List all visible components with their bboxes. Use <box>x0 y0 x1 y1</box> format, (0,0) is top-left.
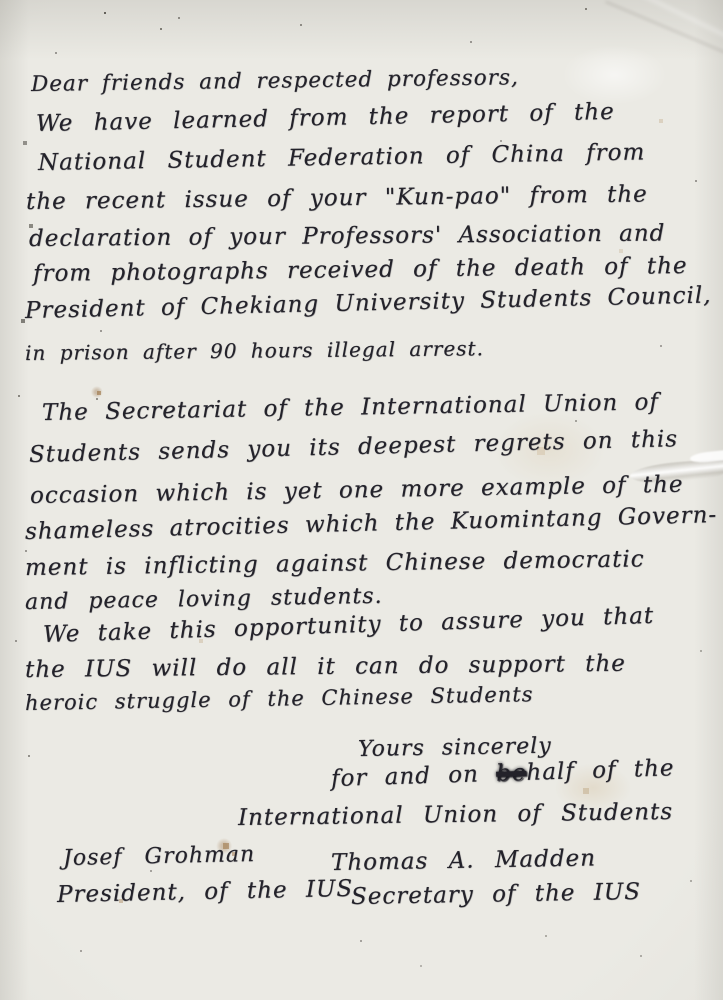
closing-line: Yours sincerely <box>358 734 552 762</box>
closing-text: for and on <box>331 761 497 792</box>
foxing-specks <box>0 0 2 2</box>
closing-text: half of the <box>526 755 675 786</box>
signature-name-right: Thomas A. Madden <box>331 845 596 876</box>
signature-title-right: Secretary of the IUS <box>351 879 641 910</box>
body-line: in prison after 90 hours illegal arrest. <box>25 336 484 365</box>
signature-name-left: Josef Grohman <box>63 842 256 871</box>
letter-photograph: Dear friends and respected professors, W… <box>0 0 723 1000</box>
scribbled-out-text: be <box>496 760 527 787</box>
body-line: declaration of your Professors' Associat… <box>29 220 666 252</box>
